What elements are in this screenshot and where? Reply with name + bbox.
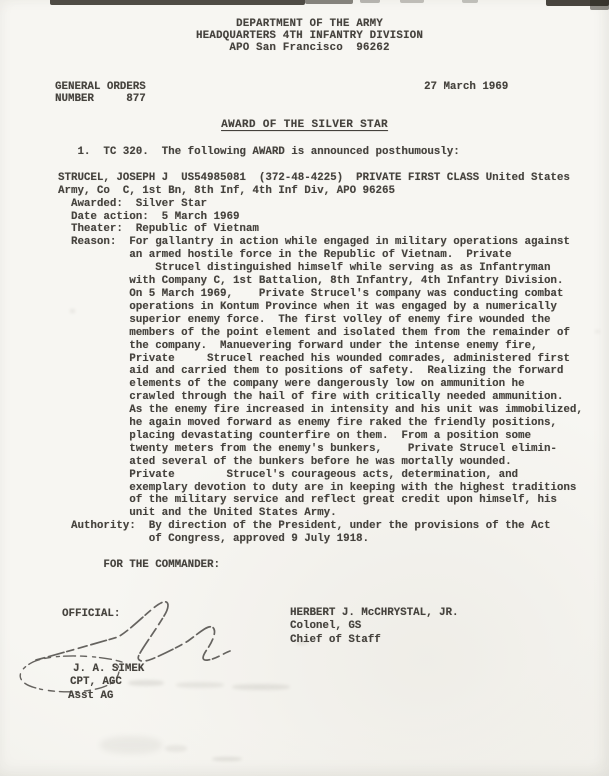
signer-name: J. A. SIMEK — [68, 663, 144, 676]
ink-smudge — [70, 309, 75, 313]
signer-title: Asst AG — [68, 690, 144, 703]
official-label: OFFICIAL: — [62, 608, 120, 620]
approver-title: Chief of Staff — [290, 634, 458, 647]
ink-smudge — [128, 680, 164, 686]
ink-smudge — [176, 682, 224, 688]
general-orders-block: GENERAL ORDERS NUMBER 877 — [55, 82, 146, 105]
document-page: DEPARTMENT OF THE ARMY HEADQUARTERS 4TH … — [0, 0, 609, 776]
ink-smudge — [595, 330, 600, 333]
date-line: 27 March 1969 — [424, 81, 508, 93]
scan-artifact-top — [400, 0, 424, 3]
order-number-line: NUMBER 877 — [55, 94, 146, 106]
ink-smudge — [100, 736, 162, 754]
ink-smudge — [212, 757, 242, 761]
letterhead-line-3: APO San Francisco 96262 — [10, 43, 609, 55]
scan-artifact-top — [462, 0, 478, 3]
document-title: AWARD OF THE SILVER STAR — [0, 119, 609, 131]
approver-name: HERBERT J. McCHRYSTAL, JR. — [290, 607, 458, 620]
ink-smudge — [232, 684, 290, 690]
order-body-text: 1. TC 320. The following AWARD is announ… — [58, 146, 583, 572]
approver-rank: Colonel, GS — [290, 620, 458, 633]
letterhead: DEPARTMENT OF THE ARMY HEADQUARTERS 4TH … — [0, 19, 609, 55]
document-title-text: AWARD OF THE SILVER STAR — [221, 119, 388, 131]
scan-artifact-top — [305, 0, 353, 4]
scan-artifact-top — [50, 0, 305, 5]
scan-artifact-top — [360, 0, 380, 3]
approver-block: HERBERT J. McCHRYSTAL, JR. Colonel, GS C… — [290, 607, 458, 647]
general-orders-label: GENERAL ORDERS — [55, 82, 146, 94]
scan-artifact-top — [590, 0, 609, 10]
ink-smudge — [165, 745, 187, 752]
ink-smudge — [296, 641, 308, 645]
